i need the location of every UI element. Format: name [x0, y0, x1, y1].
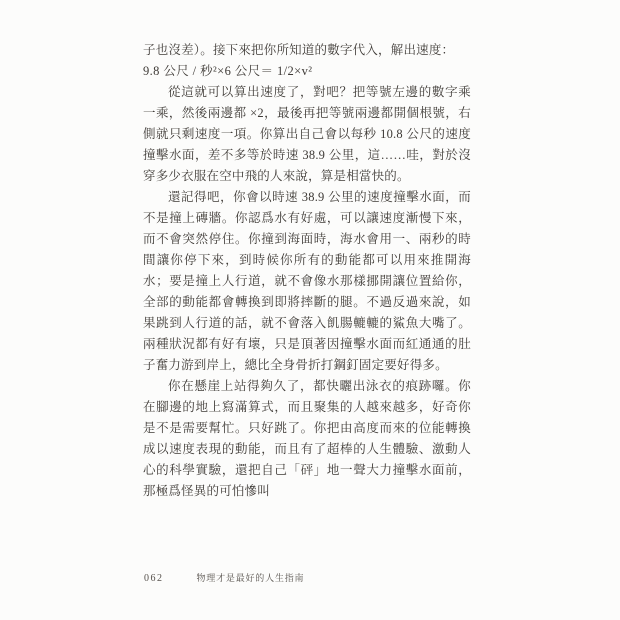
page-footer: 062 物理才是最好的人生指南 [144, 571, 304, 584]
page-text-block: 子也沒差）。接下來把你所知道的數字代入，解出速度： 9.8 公尺 / 秒²×6 … [143, 40, 471, 502]
paragraph-continued: 子也沒差）。接下來把你所知道的數字代入，解出速度： [143, 40, 471, 61]
running-title: 物理才是最好的人生指南 [197, 571, 305, 584]
physics-formula: 9.8 公尺 / 秒²×6 公尺＝ 1/2×v² [143, 61, 471, 82]
page-number: 062 [144, 573, 164, 584]
book-page: 子也沒差）。接下來把你所知道的數字代入，解出速度： 9.8 公尺 / 秒²×6 … [0, 0, 620, 620]
paragraph: 你在懸崖上站得夠久了，都快曬出泳衣的痕跡囉。你在腳邊的地上寫滿算式，而且聚集的人… [143, 376, 471, 502]
paragraph: 從這就可以算出速度了，對吧？把等號左邊的數字乘一乘，然後兩邊都 ×2，最後再把等… [143, 82, 471, 187]
paragraph: 還記得吧，你會以時速 38.9 公里的速度撞擊水面，而不是撞上磚牆。你認爲水有好… [143, 187, 471, 376]
